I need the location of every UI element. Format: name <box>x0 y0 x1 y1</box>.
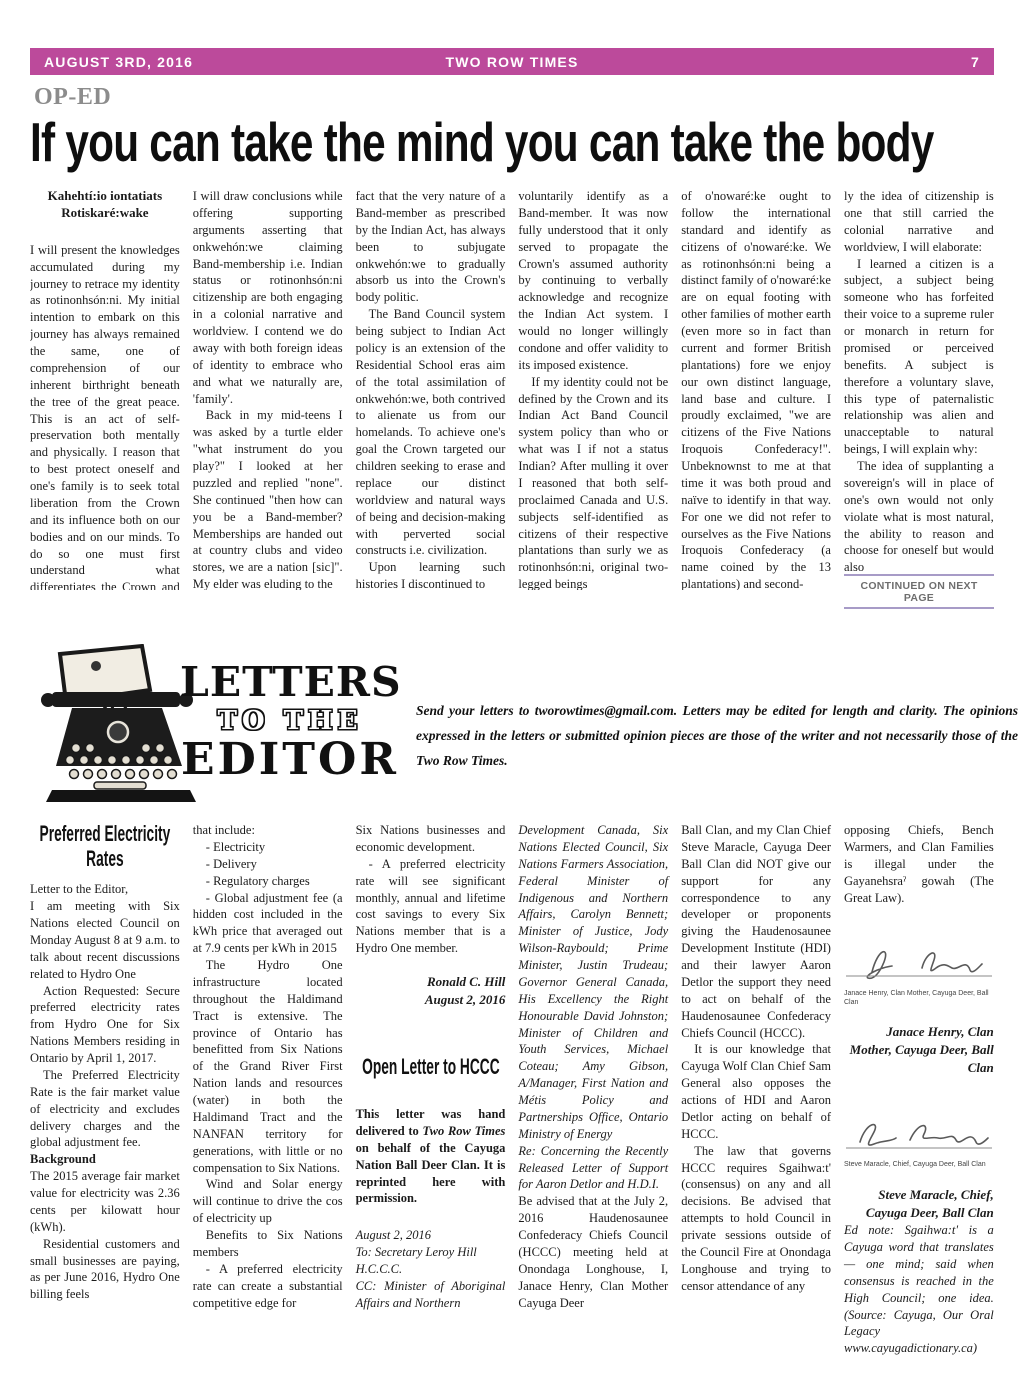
paragraph: Development Canada, Six Nations Elected … <box>518 822 668 1143</box>
paragraph: The Band Council system being subject to… <box>356 306 506 559</box>
steve-maracle-signature-block: Steve Maracle, Chief, Cayuga Deer, Ball … <box>844 1112 994 1170</box>
attribution: Steve Maracle, Chief, Cayuga Deer, Ball … <box>844 1186 994 1222</box>
paragraph: The idea of supplanting a sovereign's wi… <box>844 458 994 576</box>
letter-title-preferred-electricity-rates: Preferred Electricity Rates <box>30 822 180 871</box>
signature-caption: Steve Maracle, Chief, Cayuga Deer, Ball … <box>844 1161 994 1169</box>
letters-column-6: opposing Chiefs, Bench Warmers, and Clan… <box>844 822 994 1374</box>
continued-notice: CONTINUED ON NEXT PAGE <box>844 574 994 609</box>
letter-org-line: H.C.C.C. <box>356 1261 506 1278</box>
oped-column-4: voluntarily identify as a Band-member. I… <box>518 188 668 590</box>
janace-henry-signature-block: Janace Henry, Clan Mother, Cayuga Deer, … <box>844 940 994 1007</box>
list-item: - Delivery <box>193 856 343 873</box>
subhead-background: Background <box>30 1151 180 1168</box>
paragraph: fact that the very nature of a Band-memb… <box>356 188 506 306</box>
editor-note: Ed note: Sgaihwa:t' is a Cayuga word tha… <box>844 1222 994 1357</box>
paragraph: - Global adjustment fee (a hidden cost i… <box>193 890 343 958</box>
letter-title-open-letter-to-hccc: Open Letter to HCCC <box>356 1055 506 1080</box>
oped-column-5: of o'nowaré:ke ought to follow the inter… <box>681 188 831 590</box>
letters-disclaimer: Send your letters to tworowtimes@gmail.c… <box>416 698 1018 773</box>
letters-column-2: that include: - Electricity - Delivery -… <box>193 822 343 1374</box>
paragraph: - A preferred electricity rate can creat… <box>193 1261 343 1312</box>
paragraph: Action Requested: Secure preferred elect… <box>30 983 180 1067</box>
paragraph: voluntarily identify as a Band-member. I… <box>518 188 668 374</box>
letters-logo: LETTERS TO THE EDITOR <box>180 662 400 782</box>
paragraph: The law that governs HCCC requires Sgaih… <box>681 1143 831 1295</box>
letter-meta: August 2, 2016 To: Secretary Leroy Hill … <box>356 1227 506 1311</box>
letter-date-line: August 2, 2016 <box>356 1227 506 1244</box>
paragraph: It is our knowledge that Cayuga Wolf Cla… <box>681 1041 831 1142</box>
paragraph: The Preferred Electricity Rate is the fa… <box>30 1067 180 1151</box>
paragraph: Be advised that at the July 2, 2016 Haud… <box>518 1193 668 1311</box>
oped-columns: Kahehtí:io iontatiats Rotiskaré:wake I w… <box>30 188 994 590</box>
oped-column-6: ly the idea of citizenship is one that s… <box>844 188 994 590</box>
oped-column-1: Kahehtí:io iontatiats Rotiskaré:wake I w… <box>30 188 180 590</box>
paragraph: Benefits to Six Nations members <box>193 1227 343 1261</box>
paragraph: Wind and Solar energy will continue to d… <box>193 1176 343 1227</box>
letters-logo-line3: EDITOR <box>180 738 400 782</box>
paragraph: The 2015 average fair market value for e… <box>30 1168 180 1236</box>
paragraph: Letter to the Editor, <box>30 881 180 898</box>
steve-maracle-signature-icon <box>844 1112 994 1156</box>
list-item: - Regulatory charges <box>193 873 343 890</box>
oped-kicker: OP-ED <box>34 84 111 111</box>
paragraph: I learned a citizen is a subject, a subj… <box>844 256 994 459</box>
letters-column-3: Six Nations businesses and economic deve… <box>356 822 506 1374</box>
letters-banner: LETTERS TO THE EDITOR Send your letters … <box>30 640 994 818</box>
letters-logo-line1: LETTERS <box>180 662 400 703</box>
paragraph: I will draw conclusions while offering s… <box>193 188 343 407</box>
letter-to-line: To: Secretary Leroy Hill <box>356 1244 506 1261</box>
paragraph: Back in my mid-teens I was asked by a tu… <box>193 407 343 590</box>
letter-cc-line: CC: Minister of Aboriginal Affairs and N… <box>356 1278 506 1312</box>
paragraph: Re: Concerning the Recently Released Let… <box>518 1143 668 1194</box>
letters-logo-line2: TO THE <box>180 708 400 734</box>
masthead-bar: AUGUST 3RD, 2016 TWO ROW TIMES 7 <box>30 48 994 75</box>
newspaper-page: AUGUST 3RD, 2016 TWO ROW TIMES 7 OP-ED I… <box>0 0 1024 1380</box>
masthead-title: TWO ROW TIMES <box>30 54 994 70</box>
paragraph: - A preferred electricity rate will see … <box>356 856 506 957</box>
oped-column-3: fact that the very nature of a Band-memb… <box>356 188 506 590</box>
signature-date: August 2, 2016 <box>356 991 506 1009</box>
janace-henry-signature-icon <box>844 940 994 984</box>
oped-column-2: I will draw conclusions while offering s… <box>193 188 343 590</box>
paragraph: Upon learning such histories I discontin… <box>356 559 506 590</box>
paragraph: that include: <box>193 822 343 839</box>
attribution: Janace Henry, Clan Mother, Cayuga Deer, … <box>844 1023 994 1078</box>
paragraph: Residential customers and small business… <box>30 1236 180 1304</box>
list-item: - Electricity <box>193 839 343 856</box>
letters-column-5: Ball Clan, and my Clan Chief Steve Marac… <box>681 822 831 1374</box>
byline-line2: Rotiskaré:wake <box>30 205 180 222</box>
letters-column-4: Development Canada, Six Nations Elected … <box>518 822 668 1374</box>
page-number: 7 <box>971 54 980 70</box>
paragraph: Ball Clan, and my Clan Chief Steve Marac… <box>681 822 831 1041</box>
paragraph: The Hydro One infrastructure located thr… <box>193 957 343 1176</box>
letter-intro: This letter was hand delivered to Two Ro… <box>356 1106 506 1207</box>
letter-intro-part3: on behalf of the Cayuga Nation Ball Deer… <box>356 1141 506 1206</box>
paragraph: opposing Chiefs, Bench Warmers, and Clan… <box>844 822 994 906</box>
signature-caption: Janace Henry, Clan Mother, Cayuga Deer, … <box>844 990 994 1007</box>
paragraph: ly the idea of citizenship is one that s… <box>844 188 994 256</box>
letter-intro-part2: Two Row Times <box>423 1124 506 1138</box>
byline: Kahehtí:io iontatiats Rotiskaré:wake <box>30 188 180 222</box>
paragraph: I am meeting with Six Nations elected Co… <box>30 898 180 982</box>
oped-headline: If you can take the mind you can take th… <box>30 112 934 173</box>
paragraph: of o'nowaré:ke ought to follow the inter… <box>681 188 831 590</box>
paragraph: I will present the knowledges accumulate… <box>30 242 180 590</box>
paragraph: Six Nations businesses and economic deve… <box>356 822 506 856</box>
letter-signature-block: Ronald C. Hill August 2, 2016 <box>356 973 506 1009</box>
letters-columns: Preferred Electricity Rates Letter to th… <box>30 822 994 1374</box>
signature-name: Ronald C. Hill <box>356 973 506 991</box>
letters-column-1: Preferred Electricity Rates Letter to th… <box>30 822 180 1374</box>
byline-line1: Kahehtí:io iontatiats <box>30 188 180 205</box>
paragraph: If my identity could not be defined by t… <box>518 374 668 590</box>
